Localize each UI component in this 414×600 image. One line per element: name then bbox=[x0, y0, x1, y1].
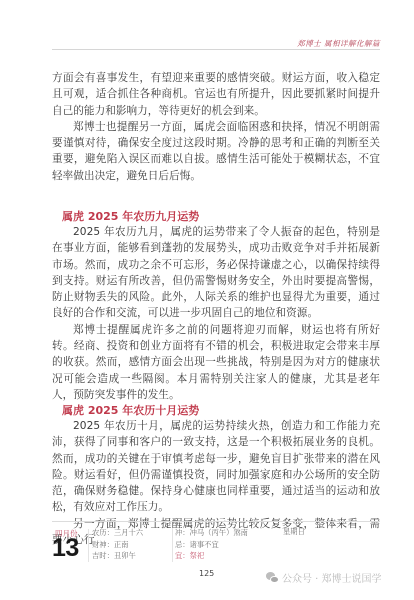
section-title-october: 属虎 2025 年农历十月运势 bbox=[62, 402, 199, 418]
paragraph: 2025 年农历九月，属虎的运势带来了令人振奋的起色，特别是在事业方面，能够看到… bbox=[52, 224, 380, 322]
lucky-hour: 吉时：丑卯午 bbox=[92, 550, 143, 562]
calendar-info-left: 农历：三月十六 财神：正南 吉时：丑卯午 bbox=[92, 527, 143, 562]
watermark-text: 公众号 · 郑博士说国学 bbox=[282, 570, 382, 585]
watermark: 公众号 · 郑博士说国学 bbox=[266, 570, 382, 585]
paragraph: 郑博士提醒属虎许多之前的问题将迎刃而解，财运也将有所好转。经商、投资和创业方面将… bbox=[52, 322, 380, 403]
suitable-info: 宜：祭祀 bbox=[175, 550, 248, 562]
calendar-day: 13 bbox=[52, 534, 79, 563]
footer-divider bbox=[52, 521, 380, 522]
intro-text: 方面会有喜事发生，有望迎来重要的感情突破。财运方面，收入稳定且可观，适合抓住各种… bbox=[52, 70, 380, 184]
running-header: 郑博士 属相详解化解篇 bbox=[50, 38, 380, 49]
calendar-weekday: 星期日 bbox=[283, 527, 305, 537]
section-title-september: 属虎 2025 年农历九月运势 bbox=[62, 208, 199, 224]
paragraph: 方面会有喜事发生，有望迎来重要的感情突破。财运方面，收入稳定且可观，适合抓住各种… bbox=[52, 70, 380, 119]
avoid-info: 忌：诸事不宜 bbox=[175, 539, 248, 551]
paragraph: 2025 年农历十月，属虎的运势持续火热，创造力和工作能力充沛，获得了同事和客户… bbox=[52, 418, 380, 516]
clash-info: 冲：冲马（丙午）煞南 bbox=[175, 527, 248, 539]
wechat-icon bbox=[266, 572, 279, 583]
lunar-date: 农历：三月十六 bbox=[92, 527, 143, 539]
calendar-info-mid: 冲：冲马（丙午）煞南 忌：诸事不宜 宜：祭祀 bbox=[175, 527, 248, 562]
paragraph: 郑博士也提醒另一方面，属虎会面临困惑和抉择，情况不明朗需要谨慎对待，确保安全度过… bbox=[52, 119, 380, 184]
wealth-god-direction: 财神：正南 bbox=[92, 539, 143, 551]
section-body-september: 2025 年农历九月，属虎的运势带来了令人振奋的起色，特别是在事业方面，能够看到… bbox=[52, 224, 380, 403]
calendar-separator bbox=[88, 529, 89, 562]
page-number: 125 bbox=[199, 569, 214, 578]
calendar-separator bbox=[172, 529, 173, 562]
header-divider bbox=[52, 49, 380, 50]
